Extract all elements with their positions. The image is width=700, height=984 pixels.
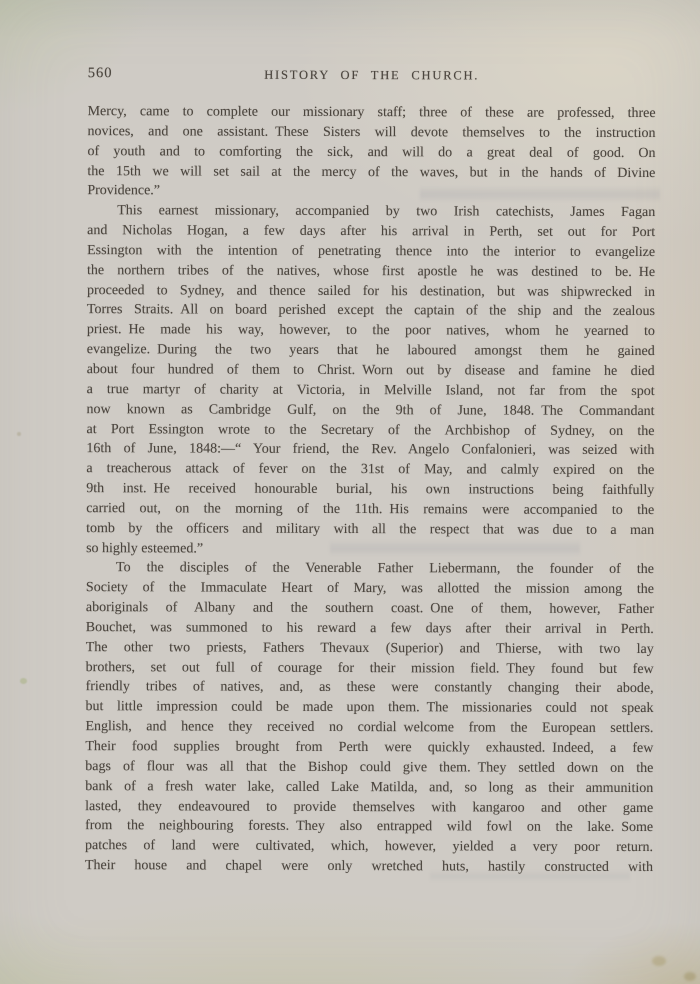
scanned-book-page: 560 HISTORY OF THE CHURCH. Mercy, came t… (0, 0, 700, 984)
text-line: a treacherous attack of fever on the 31s… (86, 459, 654, 481)
text-line: brothers, set out full of courage for th… (86, 658, 654, 680)
body-text: Mercy, came to complete our missionary s… (85, 102, 656, 878)
text-line: but little impression could be made upon… (85, 697, 653, 719)
text-line: a true martyr of charity at Victoria, in… (87, 380, 655, 402)
text-line: novices, and one assistant. These Sister… (88, 122, 656, 144)
text-line: of youth and to comforting the sick, and… (87, 142, 655, 164)
text-line: and Nicholas Hogan, a few days after his… (87, 221, 655, 243)
paragraph: Mercy, came to complete our missionary s… (87, 102, 655, 203)
text-line: The other two priests, Fathers Thevaux (… (86, 638, 654, 660)
text-line: patches of land were cultivated, which, … (85, 836, 653, 858)
text-line: Torres Straits. All on board perished ex… (87, 301, 655, 323)
paragraph: To the disciples of the Venerable Father… (85, 558, 654, 877)
text-line: friendly tribes of natives, and, as thes… (86, 678, 654, 700)
text-line: Their food supplies brought from Perth w… (85, 737, 653, 759)
text-line: the 15th we will set sail at the mercy o… (87, 162, 655, 184)
text-line: evangelize. During the two years that he… (87, 340, 655, 362)
paragraph: This earnest missionary, accompanied by … (86, 201, 655, 560)
running-title: HISTORY OF THE CHURCH. (88, 67, 656, 84)
text-line: the northern tribes of the natives, whos… (87, 261, 655, 283)
text-line: Essington with the intention of penetrat… (87, 241, 655, 263)
text-line: Bouchet, was summoned to his reward a fe… (86, 618, 654, 640)
text-line: so highly esteemed.” (86, 539, 654, 561)
text-line: proceeded to Sydney, and thence sailed f… (87, 281, 655, 303)
text-line: priest. He made his way, however, to the… (87, 320, 655, 342)
text-line: English, and hence they received no cord… (85, 717, 653, 739)
text-line: carried out, on the morning of the 11th.… (86, 499, 654, 521)
text-line: aboriginals of Albany and the southern c… (86, 598, 654, 620)
text-line: from the neighbouring forests. They also… (85, 816, 653, 838)
text-line: Providence.” (87, 181, 655, 203)
running-head: 560 HISTORY OF THE CHURCH. (88, 65, 656, 85)
text-line: lasted, they endeavoured to provide them… (85, 797, 653, 819)
text-line: This earnest missionary, accompanied by … (87, 201, 655, 223)
text-line: Their house and chapel were only wretche… (85, 856, 653, 878)
text-line: now known as Cambridge Gulf, on the 9th … (87, 400, 655, 422)
text-line: To the disciples of the Venerable Father… (86, 558, 654, 580)
text-line: at Port Essington wrote to the Secretary… (86, 420, 654, 442)
page-content: 560 HISTORY OF THE CHURCH. Mercy, came t… (0, 0, 700, 984)
text-line: bags of flour was all that the Bishop co… (85, 757, 653, 779)
text-line: about four hundred of them to Christ. Wo… (87, 360, 655, 382)
text-line: Society of the Immaculate Heart of Mary,… (86, 578, 654, 600)
text-line: tomb by the officers and military with a… (86, 519, 654, 541)
text-line: bank of a fresh water lake, called Lake … (85, 777, 653, 799)
text-line: 16th of June, 1848:—“ Your friend, the R… (86, 439, 654, 461)
text-line: 9th inst. He received honourable burial,… (86, 479, 654, 501)
text-line: Mercy, came to complete our missionary s… (88, 102, 656, 124)
